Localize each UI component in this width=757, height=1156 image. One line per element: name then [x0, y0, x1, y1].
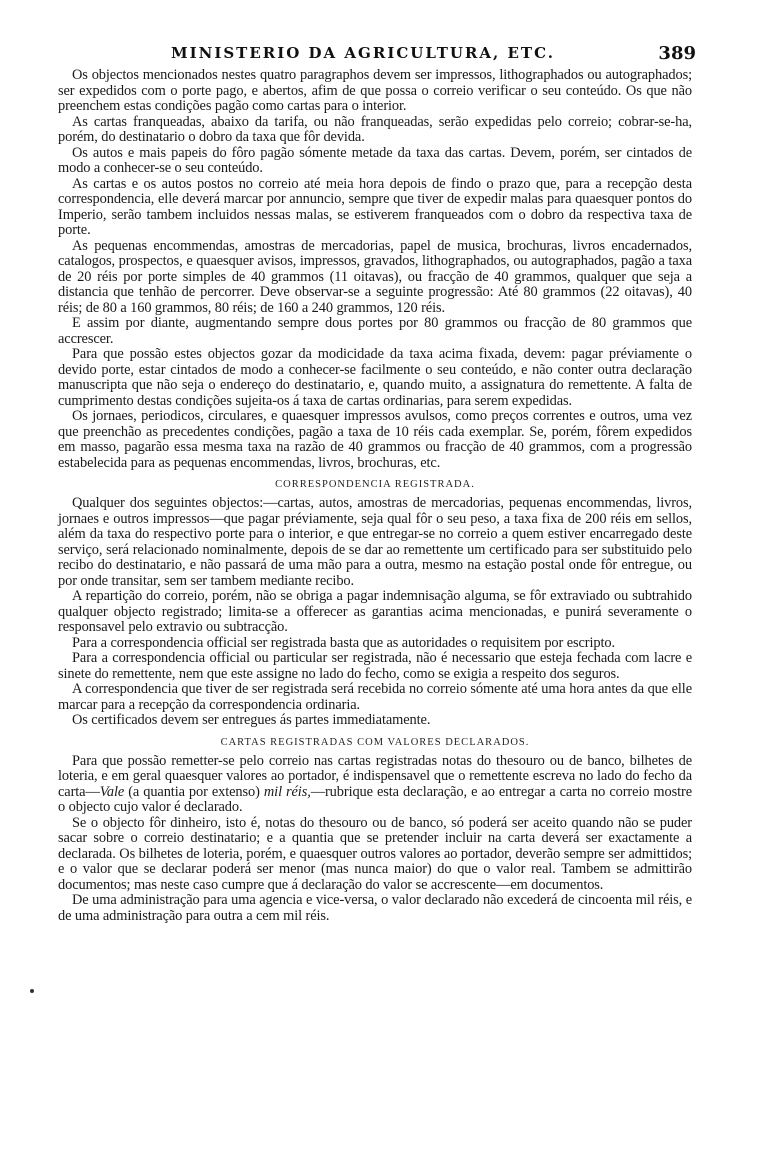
header-title: MINISTERIO DA AGRICULTURA, ETC.: [171, 44, 555, 62]
paragraph: A correspondencia que tiver de ser regis…: [58, 682, 692, 713]
paragraph: Os jornaes, periodicos, circulares, e qu…: [58, 409, 692, 471]
italic-vale: Vale: [100, 784, 124, 800]
paragraph: Qualquer dos seguintes objectos:—cartas,…: [58, 496, 692, 589]
paragraph: As cartas e os autos postos no correio a…: [58, 177, 692, 239]
document-page: MINISTERIO DA AGRICULTURA, ETC. 389 Os o…: [58, 44, 692, 924]
italic-mil-reis: mil réis,: [264, 784, 311, 800]
paragraph: Os certificados devem ser entregues ás p…: [58, 713, 692, 729]
paragraph: Para que possão remetter-se pelo correio…: [58, 754, 692, 816]
paragraph: Se o objecto fôr dinheiro, isto é, notas…: [58, 816, 692, 894]
paragraph: Os autos e mais papeis do fôro pagão sóm…: [58, 146, 692, 177]
margin-mark: [30, 989, 34, 993]
paragraph: Para a correspondencia official ser regi…: [58, 636, 692, 652]
paragraph: De uma administração para uma agencia e …: [58, 893, 692, 924]
paragraph: As cartas franqueadas, abaixo da tarifa,…: [58, 115, 692, 146]
paragraph: A repartição do correio, porém, não se o…: [58, 589, 692, 636]
paragraph: As pequenas encommendas, amostras de mer…: [58, 239, 692, 317]
section-heading-declared-values: CARTAS REGISTRADAS COM VALORES DECLARADO…: [58, 736, 692, 749]
paragraph: Para a correspondencia official ou parti…: [58, 651, 692, 682]
page-number: 389: [658, 43, 696, 64]
text-run: (a quantia por extenso): [124, 784, 264, 800]
paragraph: Para que possão estes objectos gozar da …: [58, 347, 692, 409]
section-heading-registered-mail: CORRESPONDENCIA REGISTRADA.: [58, 478, 692, 491]
running-header: MINISTERIO DA AGRICULTURA, ETC. 389: [58, 44, 692, 68]
paragraph: Os objectos mencionados nestes quatro pa…: [58, 68, 692, 115]
paragraph: E assim por diante, augmentando sempre d…: [58, 316, 692, 347]
